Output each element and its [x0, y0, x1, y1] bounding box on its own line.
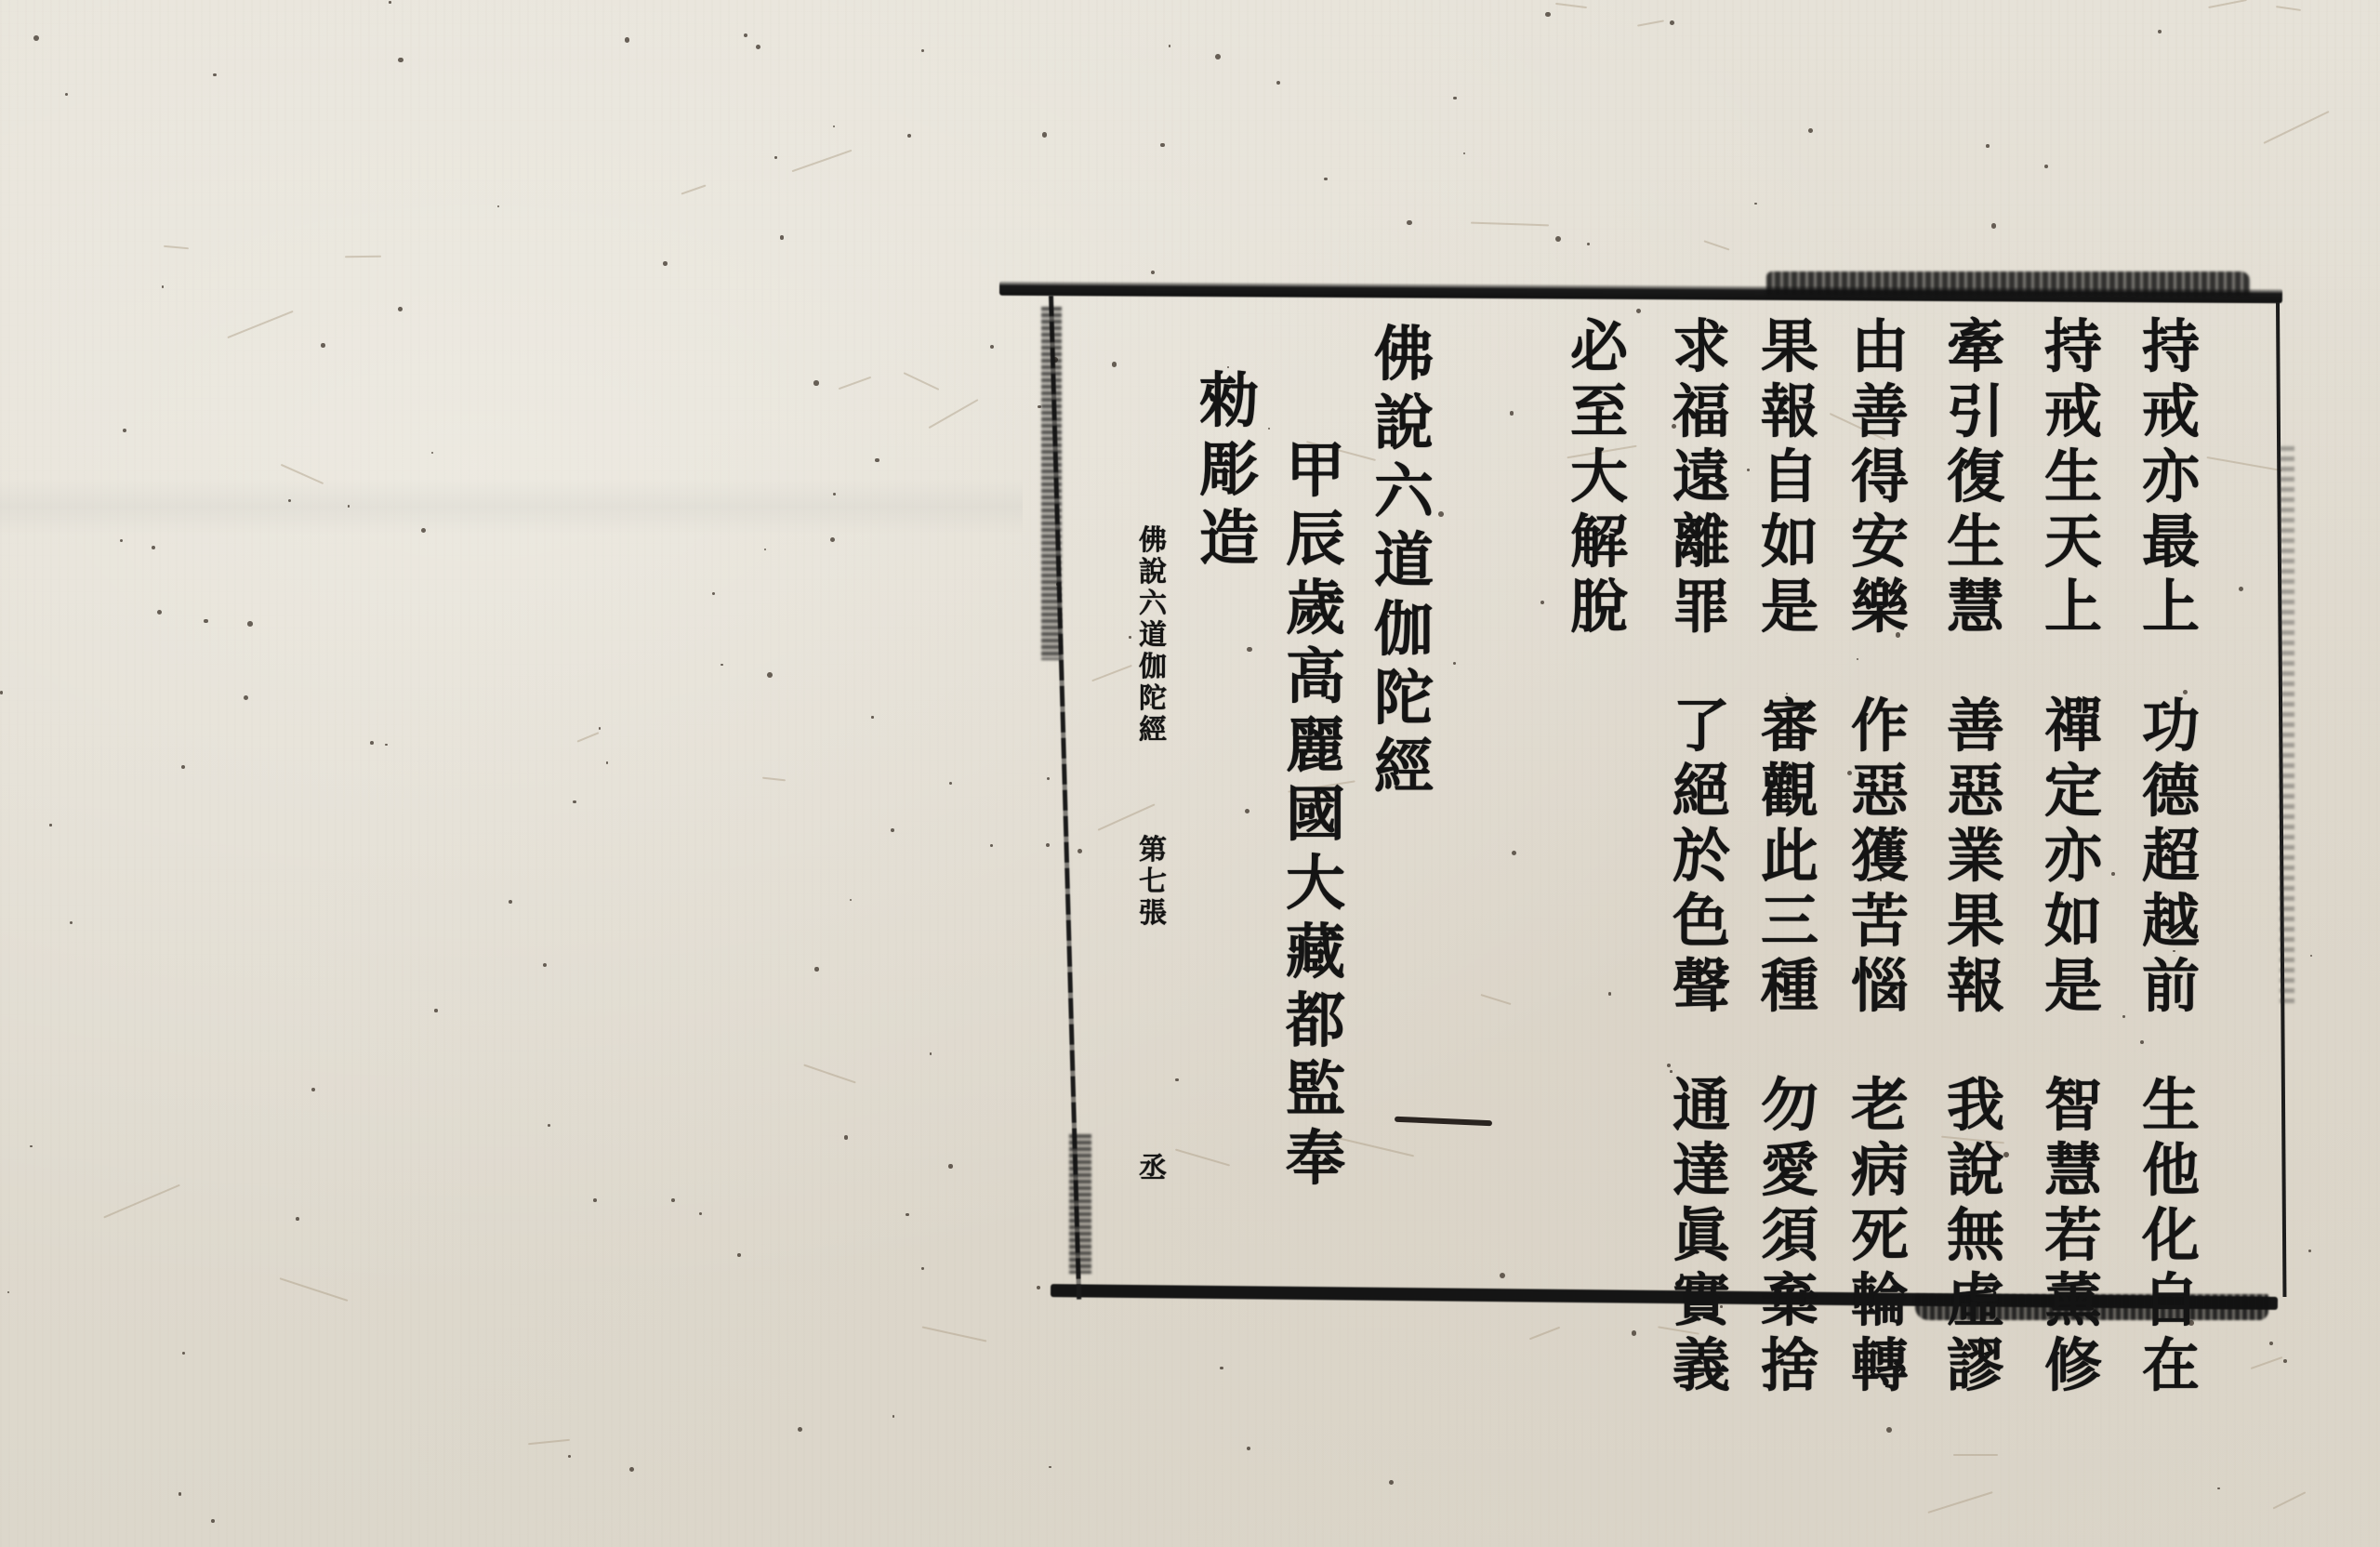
glyph: 慧 [2036, 1138, 2110, 1203]
glyph: 彫 [1192, 436, 1266, 505]
glyph: 眞 [1664, 1203, 1739, 1268]
glyph: 遠 [1664, 444, 1739, 509]
paper-speck [162, 285, 164, 287]
colophon-text-2: 勑彫造 [1192, 367, 1266, 574]
glyph: 必 [1562, 314, 1636, 379]
glyph: 說 [1938, 1138, 2013, 1203]
verse-line: 通達眞實義 [1664, 1073, 1739, 1398]
glyph: 是 [2036, 954, 2110, 1019]
glyph: 若 [2036, 1203, 2110, 1268]
glyph: 伽 [1367, 596, 1441, 665]
verse-line: 我說無虛謬 [1938, 1073, 2013, 1398]
glyph: 實 [1664, 1268, 1739, 1333]
glyph: 佛 [1132, 525, 1173, 557]
glyph: 慧 [1938, 575, 2013, 640]
glyph: 脫 [1562, 575, 1636, 640]
glyph: 苦 [1843, 889, 1917, 954]
paper-speck [1808, 128, 1813, 133]
verse-column-7: 必至大解脫 [1562, 314, 1636, 640]
paper-speck [49, 824, 51, 826]
glyph: 六 [1367, 458, 1441, 527]
paper-speck [1670, 20, 1674, 25]
glyph: 持 [2134, 314, 2208, 379]
paper-speck [247, 621, 253, 627]
paper-speck [385, 744, 387, 746]
glyph: 無 [1938, 1203, 2013, 1268]
glyph: 復 [1938, 444, 2013, 509]
verse-line: 禪定亦如是 [2036, 694, 2110, 1019]
glyph: 求 [1664, 314, 1739, 379]
glyph: 奉 [1278, 1125, 1353, 1194]
glyph: 義 [1664, 1333, 1739, 1398]
frame-border-top-ink-smear [1766, 271, 2250, 296]
glyph: 得 [1843, 444, 1917, 509]
glyph: 勿 [1752, 1073, 1827, 1138]
paper-speck [178, 1492, 182, 1496]
glyph: 安 [1843, 509, 1917, 575]
glyph: 自 [2134, 1268, 2208, 1333]
glyph: 由 [1843, 314, 1917, 379]
glyph: 國 [1278, 781, 1353, 850]
glyph: 樂 [1843, 575, 1917, 640]
glyph: 觀 [1752, 759, 1827, 824]
paper-speck [1991, 223, 1996, 228]
verse-column-1: 持戒亦最上 功德超越前 生他化自在 [2134, 314, 2208, 1398]
verse-column-3: 牽引復生慧 善惡業果報 我說無虛謬 [1938, 314, 2013, 1398]
paper-fiber [345, 255, 381, 257]
paper-speck [1047, 777, 1050, 780]
glyph: 經 [1132, 715, 1173, 747]
paper-speck [1078, 849, 1082, 853]
glyph: 最 [2134, 509, 2208, 575]
glyph: 聲 [1664, 954, 1739, 1019]
paper-speck [431, 452, 433, 454]
verse-line: 牽引復生慧 [1938, 314, 2013, 640]
glyph: 超 [2134, 824, 2208, 889]
glyph: 藏 [1278, 919, 1353, 987]
glyph: 作 [1843, 694, 1917, 759]
verse-line: 勿愛須棄捨 [1752, 1073, 1827, 1398]
paper-speck [780, 235, 784, 239]
glyph: 戒 [2134, 379, 2208, 444]
paper-speck [434, 1009, 438, 1012]
glyph: 於 [1664, 824, 1739, 889]
glyph: 天 [2036, 509, 2110, 575]
glyph: 勑 [1192, 367, 1266, 436]
glyph: 智 [2036, 1073, 2110, 1138]
margin-notation: 佛說六道伽陀經 第七張 丞 [1132, 525, 1173, 1184]
paper-speck [389, 1, 391, 4]
paper-speck [948, 1164, 952, 1168]
glyph: 功 [2134, 694, 2208, 759]
glyph: 色 [1664, 889, 1739, 954]
paper-speck [712, 592, 715, 595]
verse-line: 必至大解脫 [1562, 314, 1636, 640]
glyph: 惱 [1843, 954, 1917, 1019]
paper-fold-shadow [0, 479, 1023, 535]
glyph: 大 [1278, 850, 1353, 919]
glyph: 化 [2134, 1203, 2208, 1268]
colophon-text-1: 甲辰歲高麗國大藏都監奉 [1278, 437, 1353, 1194]
glyph: 絕 [1664, 759, 1739, 824]
glyph: 越 [2134, 889, 2208, 954]
paper-speck [1042, 132, 1047, 137]
verse-column-6: 求福遠離罪 了絕於色聲 通達眞實義 [1664, 314, 1739, 1398]
glyph: 至 [1562, 379, 1636, 444]
paper-speck [721, 664, 722, 666]
verse-line: 作惡獲苦惱 [1843, 694, 1917, 1019]
paper-speck [1175, 1078, 1179, 1082]
paper-speck [30, 1145, 33, 1148]
verse-line: 了絕於色聲 [1664, 694, 1739, 1019]
colophon-line-2: 勑彫造 [1192, 367, 1266, 574]
paper-speck [70, 921, 73, 924]
paper-speck [814, 967, 818, 971]
glyph: 亦 [2134, 444, 2208, 509]
glyph: 生 [2036, 444, 2110, 509]
glyph: 伽 [1132, 652, 1173, 683]
glyph: 前 [2134, 954, 2208, 1019]
paper-speck [756, 45, 760, 49]
paper-speck [2122, 1015, 2124, 1017]
glyph: 惡 [1938, 759, 2013, 824]
paper-speck [1986, 144, 1990, 148]
verse-line: 智慧若薰修 [2036, 1073, 2110, 1398]
glyph: 修 [2036, 1333, 2110, 1398]
paper-speck [844, 1135, 849, 1140]
margin-mark: 丞 [1132, 1153, 1173, 1184]
verse-line: 善惡業果報 [1938, 694, 2013, 1019]
paper-speck [1215, 54, 1221, 59]
paper-speck [398, 307, 403, 311]
paper-speck [2044, 165, 2048, 168]
verse-line: 功德超越前 [2134, 694, 2208, 1019]
paper-speck [1453, 97, 1456, 99]
paper-speck [2283, 1359, 2287, 1363]
glyph: 須 [1752, 1203, 1827, 1268]
glyph: 德 [2134, 759, 2208, 824]
glyph: 報 [1938, 954, 2013, 1019]
sutra-title: 佛說六道伽陀經 [1367, 321, 1441, 802]
paper-speck [774, 156, 776, 158]
glyph: 他 [2134, 1138, 2208, 1203]
glyph: 如 [2036, 889, 2110, 954]
paper-speck [348, 505, 350, 508]
glyph: 定 [2036, 759, 2110, 824]
paper-speck [1500, 1273, 1505, 1278]
paper-speck [398, 58, 403, 62]
paper-speck [1463, 152, 1465, 154]
glyph: 陀 [1367, 665, 1441, 734]
paper-speck [663, 261, 668, 266]
glyph: 上 [2036, 575, 2110, 640]
verse-line: 持戒亦最上 [2134, 314, 2208, 640]
paper-speck [906, 1213, 909, 1217]
paper-speck [548, 1124, 550, 1127]
paper-speck [892, 1415, 895, 1418]
glyph: 說 [1367, 390, 1441, 458]
paper-speck [1389, 1480, 1394, 1485]
verse-line: 生他化自在 [2134, 1073, 2208, 1398]
verse-line: 老病死輪轉 [1843, 1073, 1917, 1398]
paper-speck [813, 380, 819, 386]
paper-speck [2111, 872, 2115, 876]
paper-speck [990, 844, 993, 847]
glyph: 如 [1752, 509, 1827, 575]
verse-line: 審觀此三種 [1752, 694, 1827, 1019]
paper-speck [921, 1267, 923, 1269]
paper-speck [1545, 12, 1550, 17]
glyph: 果 [1752, 314, 1827, 379]
paper-speck [0, 691, 3, 694]
verse-line: 持戒生天上 [2036, 314, 2110, 640]
glyph: 解 [1562, 509, 1636, 575]
glyph: 麗 [1278, 712, 1353, 781]
glyph: 辰 [1278, 506, 1353, 575]
paper-speck [321, 343, 325, 348]
glyph: 甲 [1278, 437, 1353, 506]
paper-speck [1160, 143, 1165, 148]
glyph: 三 [1752, 889, 1827, 954]
paper-speck [204, 619, 207, 623]
glyph: 引 [1938, 379, 2013, 444]
paper-speck [671, 1198, 675, 1202]
frame-border-right-ink-bleed [2280, 446, 2294, 1004]
paper-speck [1587, 243, 1590, 245]
glyph: 歲 [1278, 575, 1353, 643]
glyph: 善 [1938, 694, 2013, 759]
paper-speck [2158, 30, 2162, 33]
paper-speck [744, 33, 747, 37]
glyph: 我 [1938, 1073, 2013, 1138]
sutra-title-text: 佛說六道伽陀經 [1367, 321, 1441, 802]
paper-speck [798, 1427, 802, 1432]
glyph: 高 [1278, 643, 1353, 712]
glyph: 自 [1752, 444, 1827, 509]
glyph: 達 [1664, 1138, 1739, 1203]
glyph: 果 [1938, 889, 2013, 954]
margin-sutra-name: 佛說六道伽陀經 [1132, 525, 1173, 747]
glyph: 亦 [2036, 824, 2110, 889]
glyph: 薰 [2036, 1268, 2110, 1333]
glyph: 謬 [1938, 1333, 2013, 1398]
paper-speck [850, 899, 852, 901]
glyph: 輪 [1843, 1268, 1917, 1333]
paper-speck [737, 1253, 741, 1257]
paper-speck [1151, 271, 1155, 274]
glyph: 生 [1938, 509, 2013, 575]
glyph: 善 [1843, 379, 1917, 444]
glyph: 禪 [2036, 694, 2110, 759]
glyph: 福 [1664, 379, 1739, 444]
glyph: 罪 [1664, 575, 1739, 640]
glyph: 離 [1664, 509, 1739, 575]
verse-column-5: 果報自如是 審觀此三種 勿愛須棄捨 [1752, 314, 1827, 1398]
glyph: 在 [2134, 1333, 2208, 1398]
verse-line: 果報自如是 [1752, 314, 1827, 640]
paper-speck [1129, 636, 1130, 638]
glyph: 報 [1752, 379, 1827, 444]
glyph: 審 [1752, 694, 1827, 759]
paper-speck [891, 828, 894, 832]
paper-speck [296, 1217, 299, 1221]
glyph: 七 [1132, 866, 1173, 898]
glyph: 老 [1843, 1073, 1917, 1138]
glyph: 獲 [1843, 824, 1917, 889]
glyph: 六 [1132, 588, 1173, 620]
glyph: 是 [1752, 575, 1827, 640]
paper-speck [833, 493, 836, 496]
margin-sheet-number: 第七張 [1132, 835, 1173, 930]
glyph: 業 [1938, 824, 2013, 889]
paper-speck [1886, 1427, 1892, 1433]
frame-border-left-ink-smear-lower [1069, 1134, 1091, 1274]
glyph: 監 [1278, 1056, 1353, 1125]
glyph: 死 [1843, 1203, 1917, 1268]
glyph: 虛 [1938, 1268, 2013, 1333]
paper-speck [921, 49, 924, 52]
glyph: 陀 [1132, 683, 1173, 715]
paper-speck [625, 37, 630, 43]
glyph: 了 [1664, 694, 1739, 759]
glyph: 惡 [1843, 759, 1917, 824]
paper-speck [871, 716, 873, 718]
glyph: 道 [1367, 527, 1441, 596]
verse-column-4: 由善得安樂 作惡獲苦惱 老病死輪轉 [1843, 314, 1917, 1398]
glyph: 造 [1192, 505, 1266, 574]
glyph: 轉 [1843, 1333, 1917, 1398]
glyph: 愛 [1752, 1138, 1827, 1203]
paper-speck [1112, 362, 1117, 367]
verse-column-2: 持戒生天上 禪定亦如是 智慧若薰修 [2036, 314, 2110, 1398]
frame-border-left-ink-smear [1041, 307, 1062, 660]
glyph: 棄 [1752, 1268, 1827, 1333]
glyph: 道 [1132, 620, 1173, 652]
glyph: 持 [2036, 314, 2110, 379]
glyph: 通 [1664, 1073, 1739, 1138]
paper-speck [370, 741, 374, 745]
glyph: 生 [2134, 1073, 2208, 1138]
glyph: 種 [1752, 954, 1827, 1019]
colophon-line-1: 甲辰歲高麗國大藏都監奉 [1278, 437, 1353, 1194]
glyph: 說 [1132, 557, 1173, 588]
glyph: 經 [1367, 734, 1441, 802]
glyph: 第 [1132, 835, 1173, 866]
glyph: 都 [1278, 987, 1353, 1056]
glyph: 病 [1843, 1138, 1917, 1203]
paper-speck [1407, 220, 1412, 226]
paper-speck [543, 963, 547, 967]
glyph: 捨 [1752, 1333, 1827, 1398]
glyph: 大 [1562, 444, 1636, 509]
paper-speck [1169, 45, 1170, 46]
glyph: 戒 [2036, 379, 2110, 444]
paper-speck [152, 546, 155, 549]
verse-line: 求福遠離罪 [1664, 314, 1739, 640]
glyph: 佛 [1367, 321, 1441, 390]
paper-speck [1453, 662, 1456, 665]
glyph: 張 [1132, 898, 1173, 930]
verse-line: 由善得安樂 [1843, 314, 1917, 640]
glyph: 丞 [1132, 1153, 1173, 1184]
glyph: 此 [1752, 824, 1827, 889]
glyph: 上 [2134, 575, 2208, 640]
glyph: 牽 [1938, 314, 2013, 379]
